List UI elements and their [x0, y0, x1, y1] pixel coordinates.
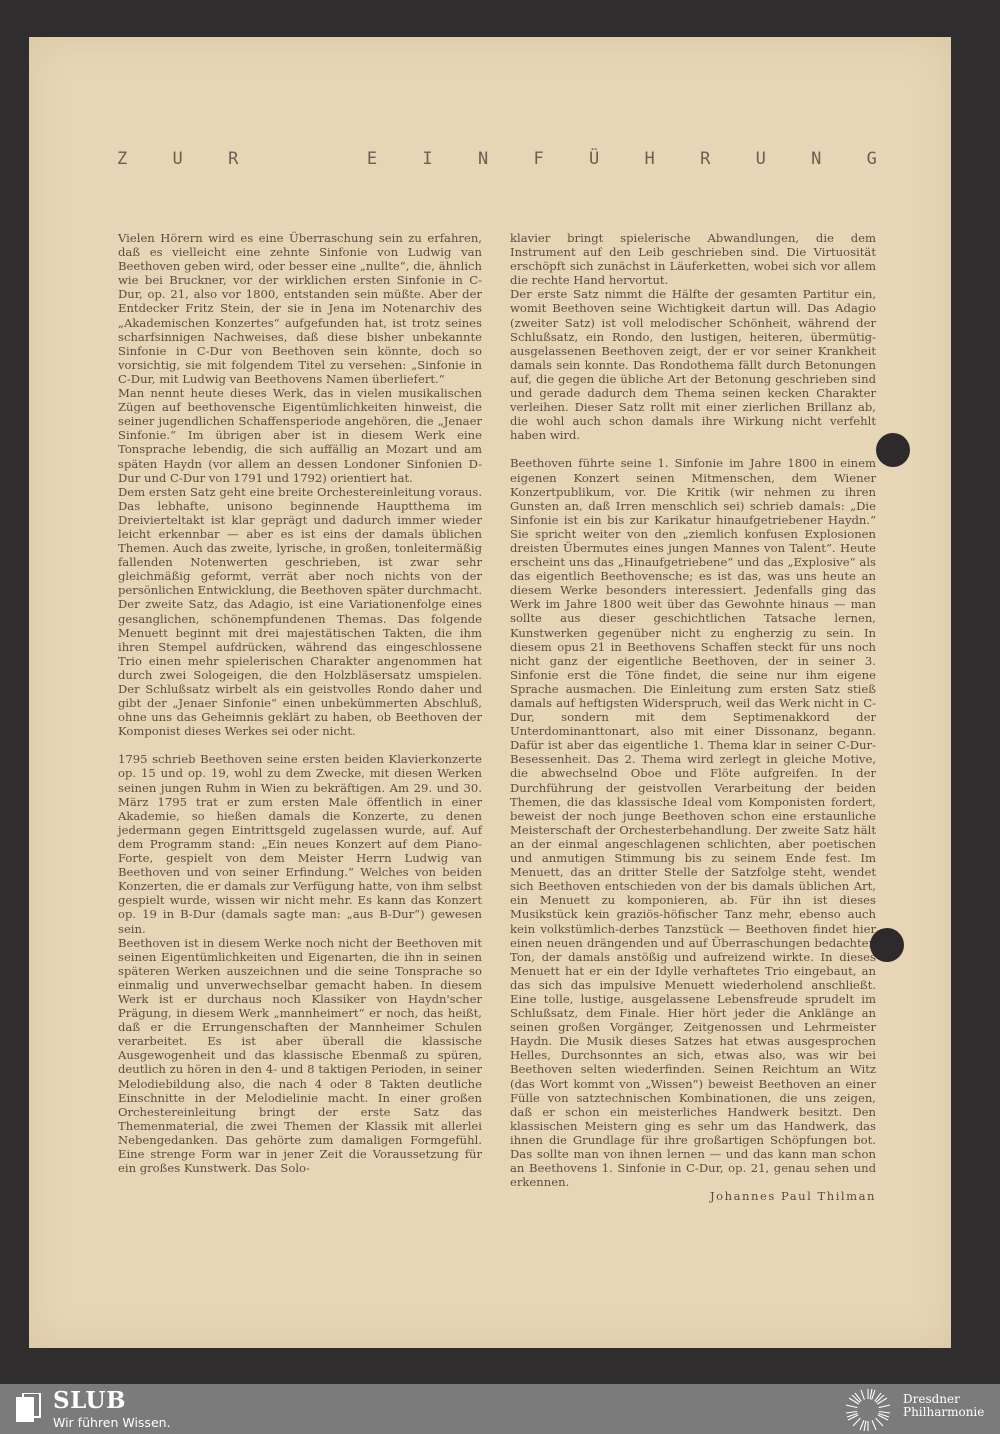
heading-letter: G	[867, 149, 877, 169]
heading-letter: R	[700, 149, 710, 169]
heading-word-gap	[284, 149, 322, 169]
paragraph: Dem ersten Satz geht eine breite Orchest…	[118, 485, 482, 598]
heading-letter: U	[756, 149, 766, 169]
paragraph: Der zweite Satz, das Adagio, ist eine Va…	[118, 597, 482, 738]
paragraph: Man nennt heute dieses Werk, das in viel…	[118, 386, 482, 485]
slub-logo-text[interactable]: SLUB	[53, 1387, 126, 1414]
heading-letter: U	[173, 149, 183, 169]
heading-letter: H	[645, 149, 655, 169]
author-signature: Johannes Paul Thilman	[510, 1189, 876, 1203]
heading-letter: R	[228, 149, 238, 169]
paragraph: Vielen Hörern wird es eine Überraschung …	[118, 231, 482, 386]
punch-hole	[870, 928, 904, 962]
heading-letter: Z	[117, 149, 127, 169]
paragraph: Beethoven führte seine 1. Sinfonie im Ja…	[510, 456, 876, 1189]
philharmonie-line2: Philharmonie	[903, 1406, 984, 1419]
punch-hole	[876, 433, 910, 467]
page-heading: Z U R E I N F Ü H R U N G	[117, 149, 877, 169]
heading-letter: E	[367, 149, 377, 169]
paragraph: klavier bringt spielerische Abwandlungen…	[510, 231, 876, 287]
footer-bar: SLUB Wir führen Wissen. Dresdner Philhar…	[0, 1384, 1000, 1434]
philharmonie-logo-text[interactable]: Dresdner Philharmonie	[903, 1393, 984, 1419]
heading-letter: N	[478, 149, 488, 169]
philharmonie-sunburst-icon[interactable]	[843, 1388, 893, 1432]
paragraph: 1795 schrieb Beethoven seine ersten beid…	[118, 752, 482, 935]
heading-letter: N	[811, 149, 821, 169]
left-text-column: Vielen Hörern wird es eine Überraschung …	[118, 231, 482, 1175]
right-text-column: klavier bringt spielerische Abwandlungen…	[510, 231, 876, 1203]
heading-letter: F	[533, 149, 543, 169]
heading-letter: Ü	[589, 149, 599, 169]
heading-letter: I	[422, 149, 432, 169]
paragraph: Beethoven ist in diesem Werke noch nicht…	[118, 936, 482, 1176]
paragraph: Der erste Satz nimmt die Hälfte der gesa…	[510, 287, 876, 442]
slub-tagline: Wir führen Wissen.	[53, 1415, 171, 1430]
slub-book-icon[interactable]	[14, 1393, 42, 1423]
